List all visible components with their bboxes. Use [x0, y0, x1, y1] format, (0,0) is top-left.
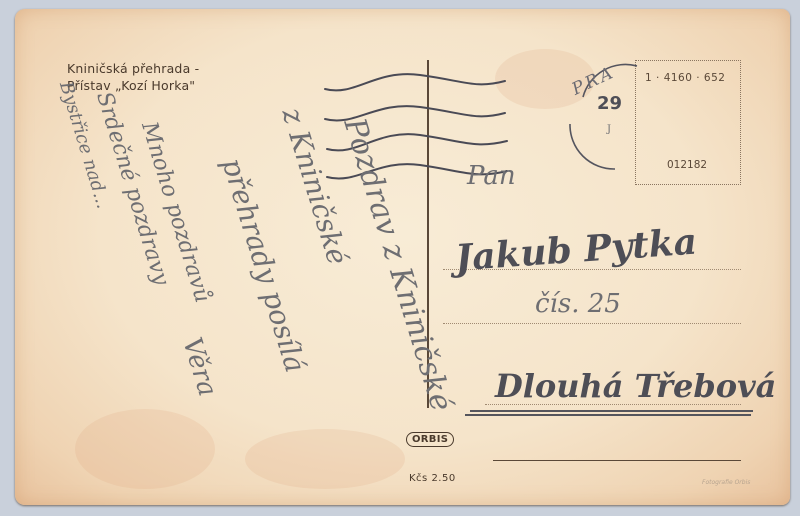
postcard-back: Kniničská přehrada - Přístav „Kozí Horka… [15, 9, 790, 505]
orbis-logo: ORBIS [406, 432, 454, 447]
postmark-day: 29 [597, 93, 622, 114]
address-underline-1 [470, 410, 753, 412]
postmark-mark: J [607, 124, 611, 135]
address-house-number: čís. 25 [535, 289, 621, 319]
address-underline-2 [465, 414, 751, 416]
address-salutation: Pan [467, 161, 516, 191]
address-town: Dlouhá Třebová [495, 367, 776, 405]
printer-mark: Fotografie Orbis [702, 479, 750, 486]
price-label: Kčs 2.50 [409, 473, 456, 484]
address-line-2 [443, 323, 741, 324]
address-line-4 [493, 460, 741, 461]
